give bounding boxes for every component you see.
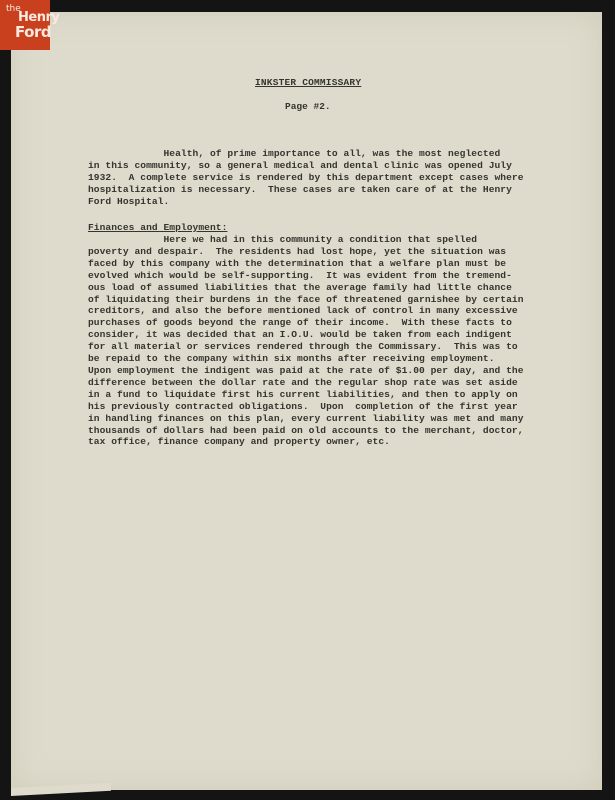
text-line: his previously contracted obligations. U… [88,401,563,413]
text-line: in a fund to liquidate first his current… [88,389,563,401]
text-line: be repaid to the company within six mont… [88,353,563,365]
text-line: ous load of assumed liabilities that the… [88,282,563,294]
text-line: Upon employment the indigent was paid at… [88,365,563,377]
text-line: purchases of goods beyond the range of t… [88,317,563,329]
logo-ford: Ford [15,25,51,40]
text-line: hospitalization is necessary. These case… [88,184,558,196]
section-heading: Finances and Employment: [88,222,558,234]
text-line: faced by this company with the determina… [88,258,563,270]
text-line: poverty and despair. The residents had l… [88,246,563,258]
page-number: Page #2. [285,101,331,112]
henry-ford-logo: the Henry Ford [0,0,50,50]
document-title: INKSTER COMMISSARY [255,77,361,88]
text-line: Ford Hospital. [88,196,558,208]
text-line: tax office, finance company and property… [88,436,563,448]
text-line: for all material or services rendered th… [88,341,563,353]
text-line: consider, it was decided that an I.O.U. … [88,329,563,341]
text-line: in this community, so a general medical … [88,160,558,172]
text-line: thousands of dollars had been paid on ol… [88,425,563,437]
paragraph-finances: Here we had in this community a conditio… [88,234,563,448]
text-line: Health, of prime importance to all, was … [88,148,558,160]
text-line: evolved which would be self-supporting. … [88,270,563,282]
text-line: in handling finances on this plan, every… [88,413,563,425]
paragraph-health: Health, of prime importance to all, was … [88,148,558,208]
text-line: creditors, and also the before mentioned… [88,305,563,317]
text-line: Here we had in this community a conditio… [88,234,563,246]
text-line: 1932. A complete service is rendered by … [88,172,558,184]
text-line: of liquidating their burdens in the face… [88,294,563,306]
text-line: difference between the dollar rate and t… [88,377,563,389]
